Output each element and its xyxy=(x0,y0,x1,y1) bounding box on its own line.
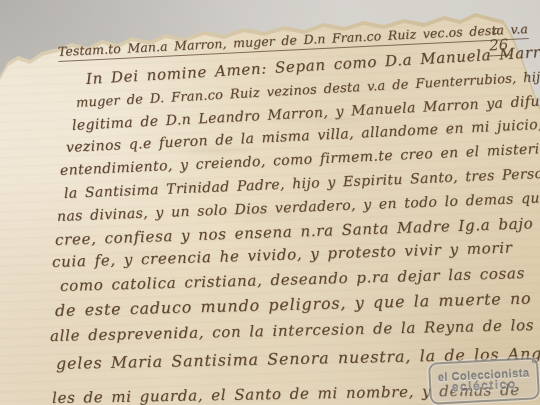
watermark-badge: el Coleccionista ecléctico xyxy=(428,357,540,405)
watermark-line2: ecléctico xyxy=(451,377,517,394)
photo-of-manuscript: Testam.to Man.a Marron, muger de D.n Fra… xyxy=(0,0,540,405)
